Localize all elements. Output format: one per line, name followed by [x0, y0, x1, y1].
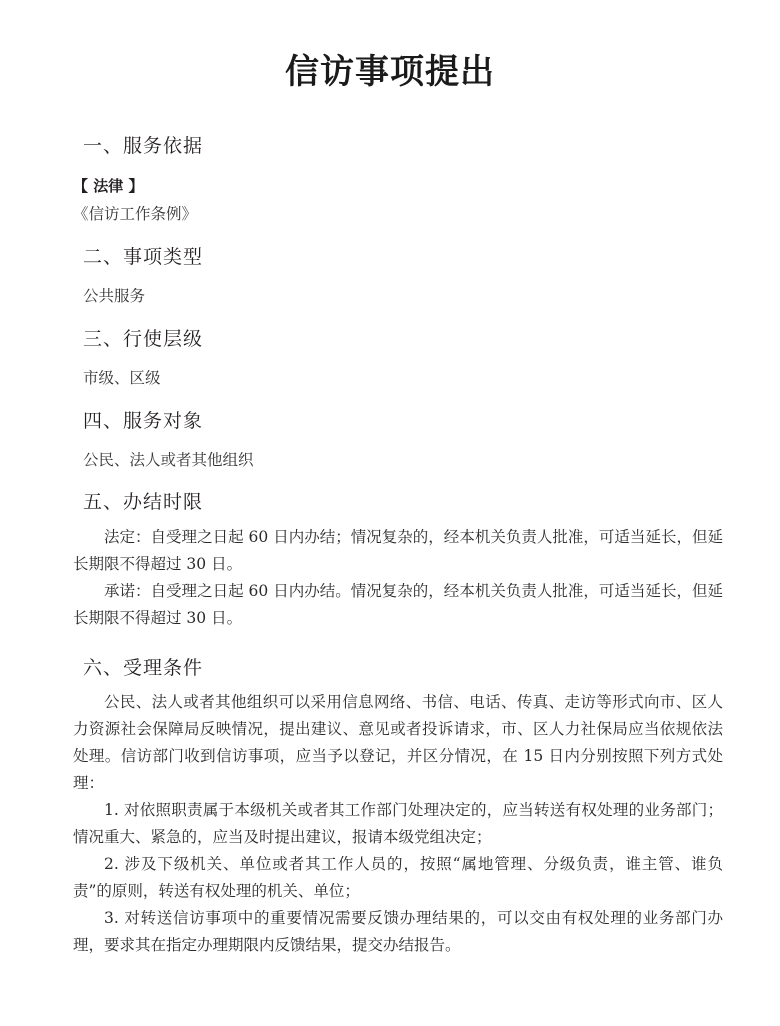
time-limit-promised: 承诺：自受理之日起 60 日内办结。情况复杂的，经本机关负责人批准，可适当延长，… [73, 578, 723, 632]
law-tag: 【 法律 】 [73, 175, 143, 196]
section-heading-service-target: 四、服务对象 [83, 406, 203, 433]
section-heading-item-type: 二、事项类型 [83, 242, 203, 269]
section-heading-service-basis: 一、服务依据 [83, 131, 203, 158]
service-target-value: 公民、法人或者其他组织 [83, 448, 254, 470]
section-heading-level: 三、行使层级 [83, 324, 203, 351]
acceptance-item-1: 1. 对依照职责属于本级机关或者其工作部门处理决定的，应当转送有权处理的业务部门… [73, 797, 723, 851]
time-limit-statutory: 法定：自受理之日起 60 日内办结；情况复杂的，经本机关负责人批准，可适当延长，… [73, 524, 723, 578]
acceptance-item-2: 2. 涉及下级机关、单位或者其工作人员的，按照“属地管理、分级负责，谁主管、谁负… [73, 851, 723, 905]
page-title: 信访事项提出 [0, 44, 780, 93]
regulation-name: 《信访工作条例》 [73, 202, 197, 224]
item-type-value: 公共服务 [83, 284, 145, 306]
section-heading-time-limit: 五、办结时限 [83, 487, 203, 514]
acceptance-paragraph: 公民、法人或者其他组织可以采用信息网络、书信、电话、传真、走访等形式向市、区人力… [73, 689, 723, 797]
level-value: 市级、区级 [83, 366, 161, 388]
acceptance-item-3: 3. 对转送信访事项中的重要情况需要反馈办理结果的，可以交由有权处理的业务部门办… [73, 905, 723, 959]
section-heading-acceptance-conditions: 六、受理条件 [83, 653, 203, 680]
